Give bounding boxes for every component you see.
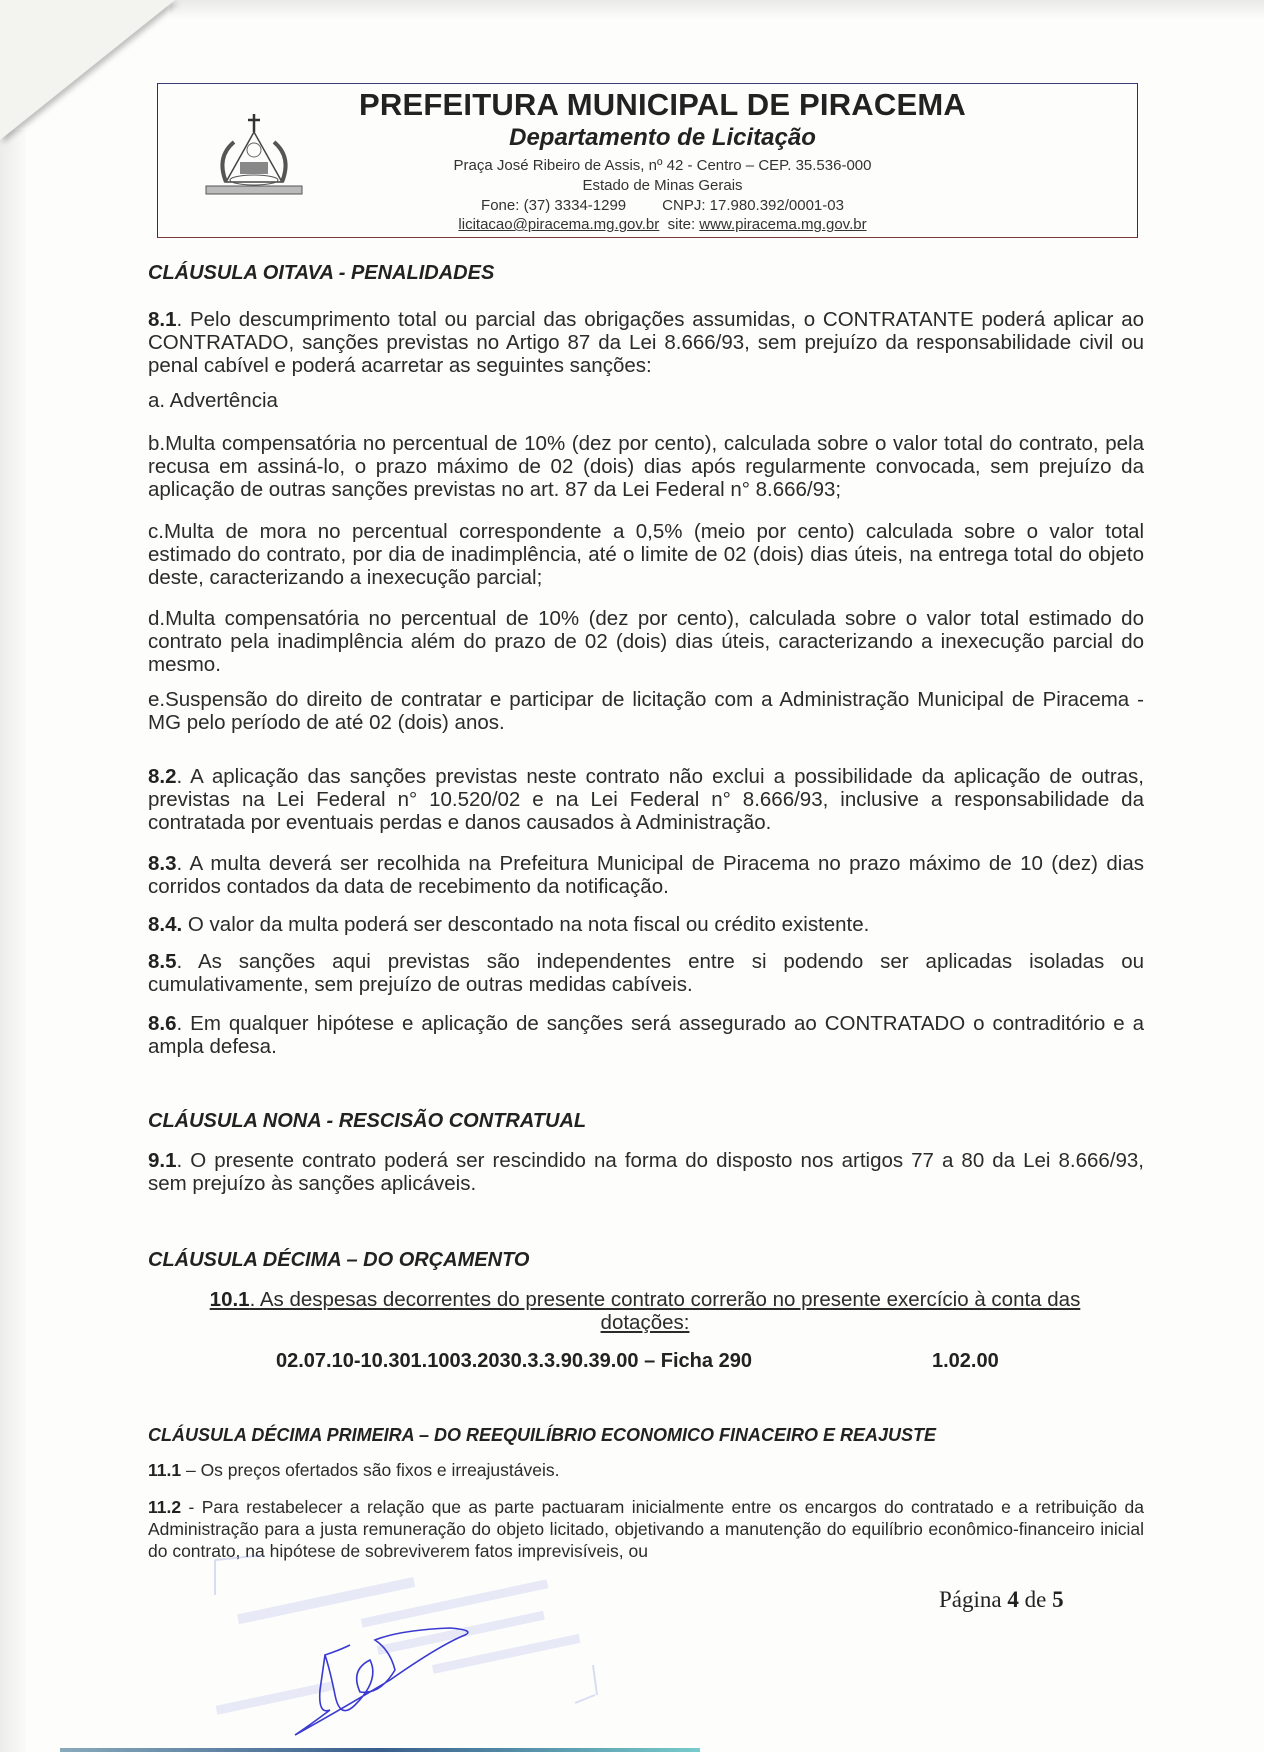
item-d: d.Multa compensatória no percentual de 1… — [148, 607, 1144, 676]
department-name: Departamento de Licitação — [158, 124, 1137, 152]
paragraph-8-2: 8.2. A aplicação das sanções previstas n… — [148, 765, 1144, 834]
clause-10-title: CLÁUSULA DÉCIMA – DO ORÇAMENTO — [148, 1249, 529, 1272]
item-a: a. Advertência — [148, 389, 1144, 412]
cnpj: CNPJ: 17.980.392/0001-03 — [662, 197, 844, 214]
page-top-shadow — [170, 0, 1264, 20]
signature-icon — [280, 1600, 480, 1740]
paragraph-10-1: 10.1. As despesas decorrentes do present… — [165, 1288, 1125, 1334]
paragraph-8-1: 8.1. Pelo descumprimento total ou parcia… — [148, 308, 1144, 377]
site-link[interactable]: www.piracema.mg.gov.br — [699, 216, 866, 233]
item-b: b.Multa compensatória no percentual de 1… — [148, 432, 1144, 501]
address: Praça José Ribeiro de Assis, nº 42 - Cen… — [158, 157, 1137, 174]
site-label: site: — [668, 216, 696, 233]
dotacao-code: 02.07.10-10.301.1003.2030.3.3.90.39.00 –… — [276, 1350, 752, 1373]
state: Estado de Minas Gerais — [158, 177, 1137, 194]
dotacao-source: 1.02.00 — [932, 1350, 999, 1373]
paragraph-8-4: 8.4. O valor da multa poderá ser descont… — [148, 913, 1144, 936]
municipality-title: PREFEITURA MUNICIPAL DE PIRACEMA — [158, 87, 1137, 123]
page-number: Página 4 de 5 — [939, 1587, 1064, 1613]
email-link[interactable]: licitacao@piracema.mg.gov.br — [458, 216, 659, 233]
clause-8-title: CLÁUSULA OITAVA - PENALIDADES — [148, 262, 494, 285]
paragraph-11-2: 11.2 - Para restabelecer a relação que a… — [148, 1496, 1144, 1562]
paragraph-8-3: 8.3. A multa deverá ser recolhida na Pre… — [148, 852, 1144, 898]
item-c: c.Multa de mora no percentual correspond… — [148, 520, 1144, 589]
item-e: e.Suspensão do direito de contratar e pa… — [148, 688, 1144, 734]
folded-page-corner — [0, 0, 175, 140]
paragraph-11-1: 11.1 – Os preços ofertados são fixos e i… — [148, 1459, 1144, 1481]
paragraph-9-1: 9.1. O presente contrato poderá ser resc… — [148, 1149, 1144, 1195]
clause-11-title: CLÁUSULA DÉCIMA PRIMEIRA – DO REEQUILÍBR… — [148, 1425, 936, 1446]
clause-9-title: CLÁUSULA NONA - RESCISÃO CONTRATUAL — [148, 1110, 586, 1133]
web-line: licitacao@piracema.mg.gov.br site: www.p… — [158, 216, 1137, 233]
paragraph-8-5: 8.5. As sanções aqui previstas são indep… — [148, 950, 1144, 996]
paragraph-8-6: 8.6. Em qualquer hipótese e aplicação de… — [148, 1012, 1144, 1058]
letterhead: PREFEITURA MUNICIPAL DE PIRACEMA Departa… — [157, 83, 1138, 238]
contact-line: Fone: (37) 3334-1299CNPJ: 17.980.392/000… — [158, 197, 1137, 214]
phone: Fone: (37) 3334-1299 — [481, 197, 626, 214]
scan-edge — [60, 1748, 700, 1752]
page-left-edge-shadow — [0, 130, 26, 1752]
